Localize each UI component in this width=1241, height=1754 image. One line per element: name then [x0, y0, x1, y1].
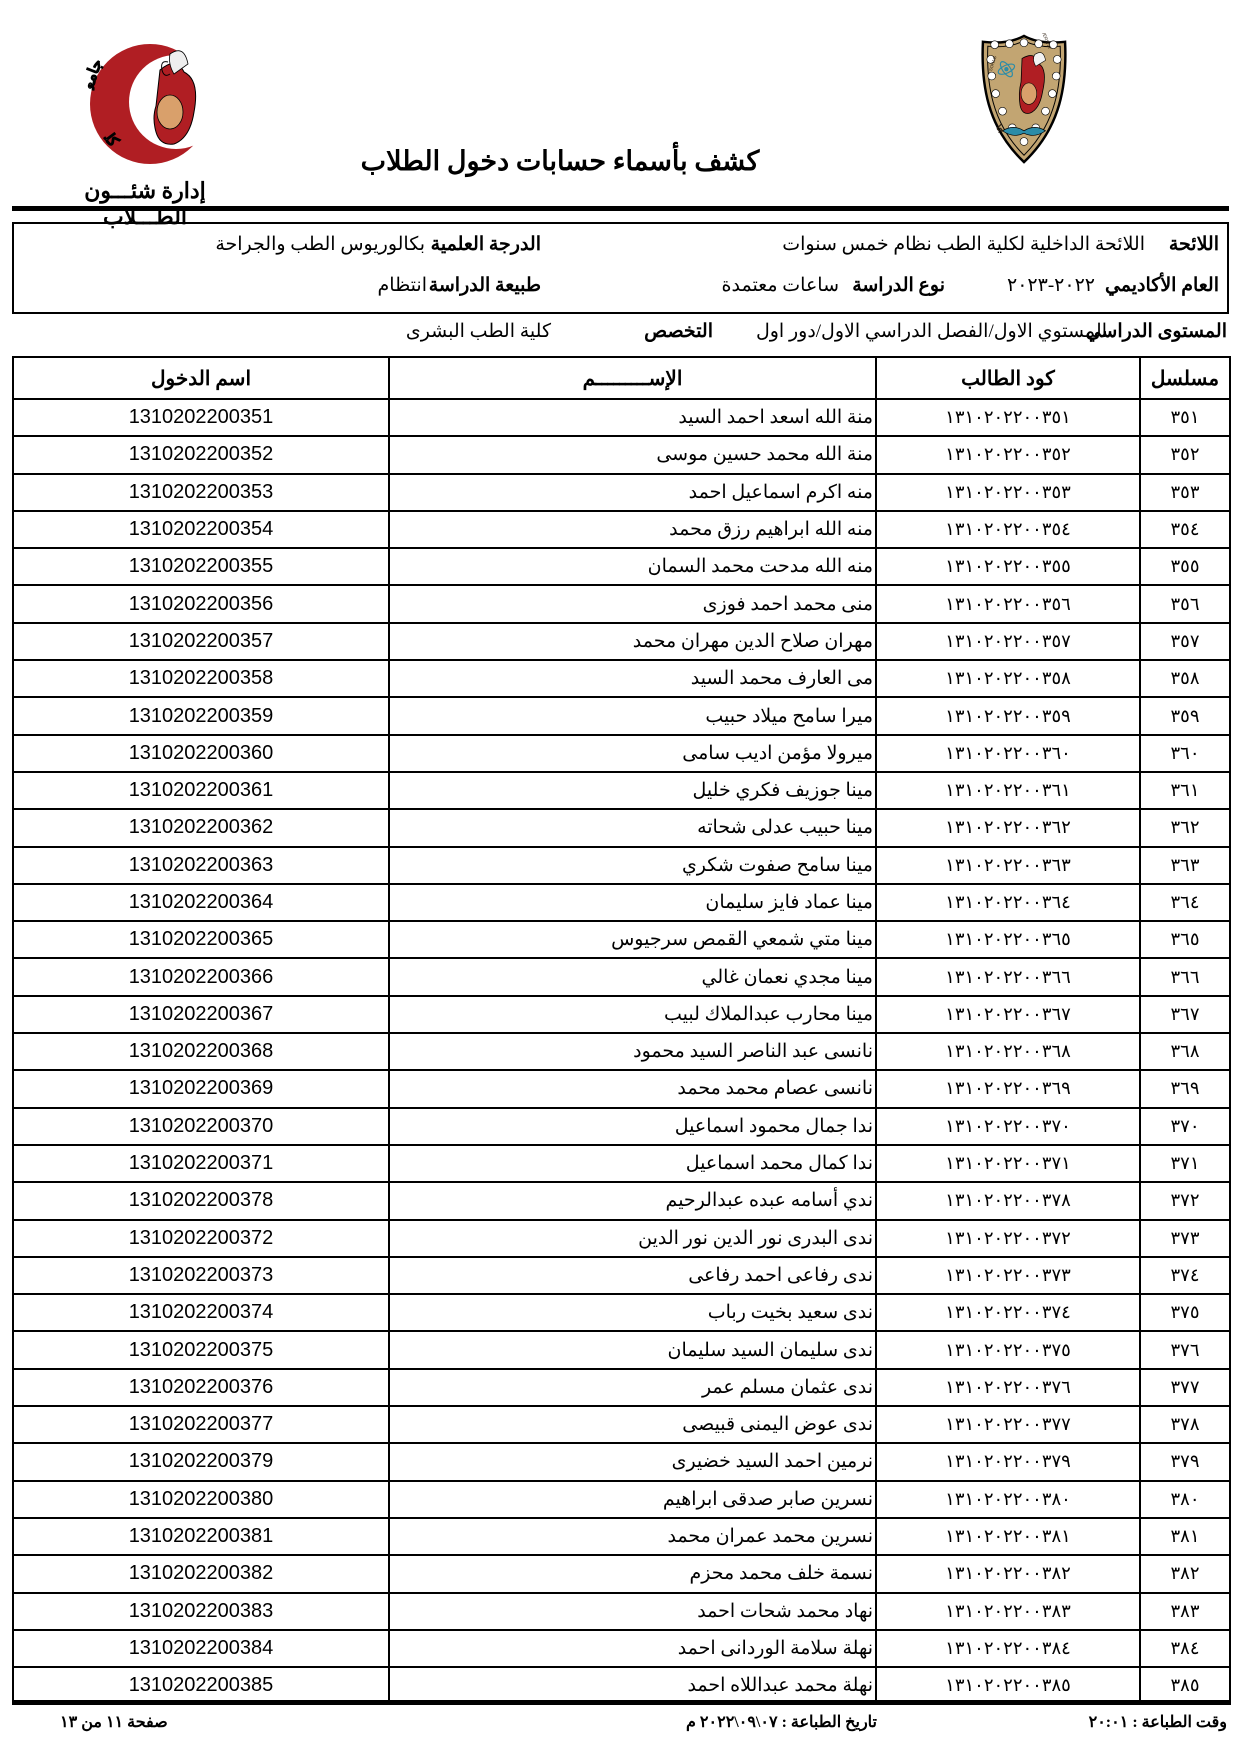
degree-label: الدرجة العلمية [431, 233, 541, 256]
name-cell: نانسى عبد الناصر السيد محمود [389, 1033, 876, 1070]
degree-value: بكالوريوس الطب والجراحة [215, 233, 425, 256]
code-cell: ١٣١٠٢٠٢٢٠٠٣٦٩ [876, 1070, 1140, 1107]
serial-cell: ٣٥٣ [1140, 474, 1230, 511]
specialty-label: التخصص [644, 320, 713, 343]
login-cell: 1310202200354 [13, 511, 389, 548]
document-page: جامعة سوهاج كلية الطب إدارة شئـــون الطـ… [0, 0, 1241, 1754]
serial-cell: ٣٨٣ [1140, 1593, 1230, 1630]
name-cell: نسرين محمد عمران محمد [389, 1518, 876, 1555]
serial-cell: ٣٧٥ [1140, 1294, 1230, 1331]
table-row: ٣٧٠١٣١٠٢٠٢٢٠٠٣٧٠ندا جمال محمود اسماعيل13… [13, 1108, 1230, 1145]
code-cell: ١٣١٠٢٠٢٢٠٠٣٧٩ [876, 1443, 1140, 1480]
code-cell: ١٣١٠٢٠٢٢٠٠٣٧٣ [876, 1257, 1140, 1294]
code-cell: ١٣١٠٢٠٢٢٠٠٣٥٢ [876, 436, 1140, 473]
serial-cell: ٣٥٦ [1140, 585, 1230, 622]
login-cell: 1310202200355 [13, 548, 389, 585]
serial-cell: ٣٧١ [1140, 1145, 1230, 1182]
table-row: ٣٦٠١٣١٠٢٠٢٢٠٠٣٦٠ميرولا مؤمن اديب سامى131… [13, 735, 1230, 772]
name-cell: ندى البدرى نور الدين نور الدين [389, 1220, 876, 1257]
table-row: ٣٥٣١٣١٠٢٠٢٢٠٠٣٥٣منه اكرم اسماعيل احمد131… [13, 474, 1230, 511]
code-cell: ١٣١٠٢٠٢٢٠٠٣٧٠ [876, 1108, 1140, 1145]
login-cell: 1310202200351 [13, 399, 389, 436]
code-cell: ١٣١٠٢٠٢٢٠٠٣٥٥ [876, 548, 1140, 585]
login-cell: 1310202200352 [13, 436, 389, 473]
login-cell: 1310202200359 [13, 697, 389, 734]
code-cell: ١٣١٠٢٠٢٢٠٠٣٨٠ [876, 1481, 1140, 1518]
code-cell: ١٣١٠٢٠٢٢٠٠٣٦٧ [876, 996, 1140, 1033]
name-cell: نهلة سلامة الوردانى احمد [389, 1630, 876, 1667]
print-date: تاريخ الطباعة : ٠٧\٠٩\٢٠٢٢ م [686, 1712, 877, 1732]
login-cell: 1310202200369 [13, 1070, 389, 1107]
serial-cell: ٣٥٧ [1140, 623, 1230, 660]
serial-cell: ٣٧٠ [1140, 1108, 1230, 1145]
print-date-label: تاريخ الطباعة : [782, 1714, 877, 1731]
login-cell: 1310202200383 [13, 1593, 389, 1630]
login-cell: 1310202200361 [13, 772, 389, 809]
university-shield-icon: جامعة سوهاج SOHAG UNIVERSITY [978, 33, 1070, 165]
name-cell: ندى عثمان مسلم عمر [389, 1369, 876, 1406]
regulation-label: اللائحة [1169, 233, 1219, 256]
serial-cell: ٣٥٨ [1140, 660, 1230, 697]
specialty-value: كلية الطب البشرى [406, 320, 551, 343]
code-cell: ١٣١٠٢٠٢٢٠٠٣٥٩ [876, 697, 1140, 734]
name-cell: نسرين صابر صدقى ابراهيم [389, 1481, 876, 1518]
code-cell: ١٣١٠٢٠٢٢٠٠٣٥١ [876, 399, 1140, 436]
page-title: كشف بأسماء حسابات دخول الطلاب [320, 146, 800, 177]
code-cell: ١٣١٠٢٠٢٢٠٠٣٧٥ [876, 1331, 1140, 1368]
study-type-value: ساعات معتمدة [722, 274, 839, 297]
serial-cell: ٣٥٥ [1140, 548, 1230, 585]
login-cell: 1310202200365 [13, 921, 389, 958]
login-cell: 1310202200375 [13, 1331, 389, 1368]
code-cell: ١٣١٠٢٠٢٢٠٠٣٨٢ [876, 1555, 1140, 1592]
login-cell: 1310202200385 [13, 1667, 389, 1704]
serial-cell: ٣٧٤ [1140, 1257, 1230, 1294]
code-cell: ١٣١٠٢٠٢٢٠٠٣٥٤ [876, 511, 1140, 548]
serial-cell: ٣٨١ [1140, 1518, 1230, 1555]
login-cell: 1310202200353 [13, 474, 389, 511]
name-cell: ندى سليمان السيد سليمان [389, 1331, 876, 1368]
table-row: ٣٥٥١٣١٠٢٠٢٢٠٠٣٥٥منه الله مدحت محمد السما… [13, 548, 1230, 585]
study-type-label: نوع الدراسة [852, 274, 945, 297]
name-cell: مينا مجدي نعمان غالي [389, 958, 876, 995]
name-cell: منه اكرم اسماعيل احمد [389, 474, 876, 511]
login-cell: 1310202200371 [13, 1145, 389, 1182]
serial-cell: ٣٥٢ [1140, 436, 1230, 473]
academic-year-value: ٢٠٢٢-٢٠٢٣ [1007, 274, 1095, 297]
serial-cell: ٣٧٧ [1140, 1369, 1230, 1406]
student-code-header: كود الطالب [876, 357, 1140, 399]
print-time-value: ٢٠:٠١ [1089, 1714, 1129, 1731]
table-row: ٣٦٨١٣١٠٢٠٢٢٠٠٣٦٨نانسى عبد الناصر السيد م… [13, 1033, 1230, 1070]
code-cell: ١٣١٠٢٠٢٢٠٠٣٦٦ [876, 958, 1140, 995]
login-cell: 1310202200363 [13, 847, 389, 884]
login-cell: 1310202200370 [13, 1108, 389, 1145]
code-cell: ١٣١٠٢٠٢٢٠٠٣٦٢ [876, 809, 1140, 846]
table-row: ٣٧٧١٣١٠٢٠٢٢٠٠٣٧٦ندى عثمان مسلم عمر131020… [13, 1369, 1230, 1406]
table-row: ٣٥٢١٣١٠٢٠٢٢٠٠٣٥٢منة الله محمد حسين موسى1… [13, 436, 1230, 473]
code-cell: ١٣١٠٢٠٢٢٠٠٣٥٣ [876, 474, 1140, 511]
login-cell: 1310202200366 [13, 958, 389, 995]
serial-cell: ٣٦٠ [1140, 735, 1230, 772]
name-cell: مينا محارب عبدالملاك لبيب [389, 996, 876, 1033]
serial-cell: ٣٦٤ [1140, 884, 1230, 921]
serial-cell: ٣٦٢ [1140, 809, 1230, 846]
name-cell: مينا سامح صفوت شكري [389, 847, 876, 884]
table-row: ٣٨٠١٣١٠٢٠٢٢٠٠٣٨٠نسرين صابر صدقى ابراهيم1… [13, 1481, 1230, 1518]
table-body: ٣٥١١٣١٠٢٠٢٢٠٠٣٥١منة الله اسعد احمد السيد… [13, 399, 1230, 1704]
name-cell: مهران صلاح الدين مهران محمد [389, 623, 876, 660]
login-cell: 1310202200364 [13, 884, 389, 921]
table-row: ٣٧٤١٣١٠٢٠٢٢٠٠٣٧٣ندى رفاعى احمد رفاعى1310… [13, 1257, 1230, 1294]
seal-pharaoh-face-icon [1021, 83, 1037, 105]
serial-cell: ٣٨٢ [1140, 1555, 1230, 1592]
login-cell: 1310202200368 [13, 1033, 389, 1070]
code-cell: ١٣١٠٢٠٢٢٠٠٣٥٦ [876, 585, 1140, 622]
name-cell: منه الله مدحت محمد السمان [389, 548, 876, 585]
study-nature-value: انتظام [378, 274, 427, 297]
table-row: ٣٦٥١٣١٠٢٠٢٢٠٠٣٦٥مينا متي شمعي القمص سرجي… [13, 921, 1230, 958]
table-row: ٣٧٩١٣١٠٢٠٢٢٠٠٣٧٩نرمين احمد السيد خضيرى13… [13, 1443, 1230, 1480]
login-cell: 1310202200377 [13, 1406, 389, 1443]
name-cell: نسمة خلف محمد محزم [389, 1555, 876, 1592]
serial-header: مسلسل [1140, 357, 1230, 399]
serial-cell: ٣٨٤ [1140, 1630, 1230, 1667]
header-divider-rule [12, 206, 1229, 211]
table-row: ٣٨٣١٣١٠٢٠٢٢٠٠٣٨٣نهاد محمد شحات احمد13102… [13, 1593, 1230, 1630]
name-cell: ندا جمال محمود اسماعيل [389, 1108, 876, 1145]
name-cell: منة الله اسعد احمد السيد [389, 399, 876, 436]
name-cell: ميرا سامح ميلاد حبيب [389, 697, 876, 734]
level-row: المستوى الدراسي المستوي الاول/الفصل الدر… [12, 320, 1229, 352]
regulation-value: اللائحة الداخلية لكلية الطب نظام خمس سنو… [782, 233, 1145, 256]
name-cell: نرمين احمد السيد خضيرى [389, 1443, 876, 1480]
code-cell: ١٣١٠٢٠٢٢٠٠٣٧٢ [876, 1220, 1140, 1257]
login-cell: 1310202200356 [13, 585, 389, 622]
code-cell: ١٣١٠٢٠٢٢٠٠٣٦١ [876, 772, 1140, 809]
login-cell: 1310202200372 [13, 1220, 389, 1257]
table-row: ٣٥٨١٣١٠٢٠٢٢٠٠٣٥٨مى العارف محمد السيد1310… [13, 660, 1230, 697]
login-cell: 1310202200376 [13, 1369, 389, 1406]
table-row: ٣٦٧١٣١٠٢٠٢٢٠٠٣٦٧مينا محارب عبدالملاك لبي… [13, 996, 1230, 1033]
login-name-header: اسم الدخول [13, 357, 389, 399]
table-row: ٣٨١١٣١٠٢٠٢٢٠٠٣٨١نسرين محمد عمران محمد131… [13, 1518, 1230, 1555]
code-cell: ١٣١٠٢٠٢٢٠٠٣٦٥ [876, 921, 1140, 958]
login-cell: 1310202200357 [13, 623, 389, 660]
footer-divider-rule [12, 1700, 1229, 1704]
name-cell: ندى سعيد بخيت رباب [389, 1294, 876, 1331]
code-cell: ١٣١٠٢٠٢٢٠٠٣٨٤ [876, 1630, 1140, 1667]
login-cell: 1310202200358 [13, 660, 389, 697]
serial-cell: ٣٦٥ [1140, 921, 1230, 958]
table-row: ٣٧٦١٣١٠٢٠٢٢٠٠٣٧٥ندى سليمان السيد سليمان1… [13, 1331, 1230, 1368]
footer: وقت الطباعة : ٢٠:٠١ تاريخ الطباعة : ٠٧\٠… [12, 1712, 1229, 1748]
students-table: مسلسل كود الطالب الإســـــــــم اسم الدخ… [12, 356, 1231, 1705]
code-cell: ١٣١٠٢٠٢٢٠٠٣٨٣ [876, 1593, 1140, 1630]
table-row: ٣٥٩١٣١٠٢٠٢٢٠٠٣٥٩ميرا سامح ميلاد حبيب1310… [13, 697, 1230, 734]
serial-cell: ٣٥١ [1140, 399, 1230, 436]
login-cell: 1310202200362 [13, 809, 389, 846]
code-cell: ١٣١٠٢٠٢٢٠٠٣٧١ [876, 1145, 1140, 1182]
code-cell: ١٣١٠٢٠٢٢٠٠٣٧٤ [876, 1294, 1140, 1331]
serial-cell: ٣٨٠ [1140, 1481, 1230, 1518]
code-cell: ١٣١٠٢٠٢٢٠٠٣٦٣ [876, 847, 1140, 884]
study-nature-label: طبيعة الدراسة [429, 274, 541, 297]
code-cell: ١٣١٠٢٠٢٢٠٠٣٨٥ [876, 1667, 1140, 1704]
table-row: ٣٦٣١٣١٠٢٠٢٢٠٠٣٦٣مينا سامح صفوت شكري13102… [13, 847, 1230, 884]
table-row: ٣٦٩١٣١٠٢٠٢٢٠٠٣٦٩نانسى عصام محمد محمد1310… [13, 1070, 1230, 1107]
serial-cell: ٣٦٣ [1140, 847, 1230, 884]
table-row: ٣٦٢١٣١٠٢٠٢٢٠٠٣٦٢مينا حبيب عدلى شحاته1310… [13, 809, 1230, 846]
crescent-logo-icon: جامعة سوهاج كلية الطب [78, 18, 238, 178]
table-header-row: مسلسل كود الطالب الإســـــــــم اسم الدخ… [13, 357, 1230, 399]
name-cell: ندى رفاعى احمد رفاعى [389, 1257, 876, 1294]
table-row: ٣٥٤١٣١٠٢٠٢٢٠٠٣٥٤منه الله ابراهيم رزق محم… [13, 511, 1230, 548]
pharaoh-face-icon [157, 95, 183, 129]
login-cell: 1310202200382 [13, 1555, 389, 1592]
info-box: اللائحة اللائحة الداخلية لكلية الطب نظام… [12, 222, 1229, 314]
name-cell: منة الله محمد حسين موسى [389, 436, 876, 473]
table-row: ٣٧١١٣١٠٢٠٢٢٠٠٣٧١ندا كمال محمد اسماعيل131… [13, 1145, 1230, 1182]
serial-cell: ٣٦٧ [1140, 996, 1230, 1033]
code-cell: ١٣١٠٢٠٢٢٠٠٣٥٧ [876, 623, 1140, 660]
code-cell: ١٣١٠٢٠٢٢٠٠٣٧٨ [876, 1182, 1140, 1219]
table-row: ٣٧٨١٣١٠٢٠٢٢٠٠٣٧٧ندى عوض اليمنى قبيصى1310… [13, 1406, 1230, 1443]
login-cell: 1310202200360 [13, 735, 389, 772]
academic-year-label: العام الأكاديمي [1105, 274, 1219, 297]
table-row: ٣٦٤١٣١٠٢٠٢٢٠٠٣٦٤مينا عماد فايز سليمان131… [13, 884, 1230, 921]
table-row: ٣٧٢١٣١٠٢٠٢٢٠٠٣٧٨ندي أسامه عبده عبدالرحيم… [13, 1182, 1230, 1219]
table-row: ٣٧٣١٣١٠٢٠٢٢٠٠٣٧٢ندى البدرى نور الدين نور… [13, 1220, 1230, 1257]
name-cell: مينا حبيب عدلى شحاته [389, 809, 876, 846]
name-cell: ندى عوض اليمنى قبيصى [389, 1406, 876, 1443]
code-cell: ١٣١٠٢٠٢٢٠٠٣٦٠ [876, 735, 1140, 772]
table-row: ٣٥٦١٣١٠٢٠٢٢٠٠٣٥٦منى محمد احمد فوزى131020… [13, 585, 1230, 622]
code-cell: ١٣١٠٢٠٢٢٠٠٣٧٧ [876, 1406, 1140, 1443]
name-cell: نانسى عصام محمد محمد [389, 1070, 876, 1107]
serial-cell: ٣٥٩ [1140, 697, 1230, 734]
print-date-suffix: م [686, 1714, 696, 1731]
serial-cell: ٣٧٣ [1140, 1220, 1230, 1257]
code-cell: ١٣١٠٢٠٢٢٠٠٣٥٨ [876, 660, 1140, 697]
login-cell: 1310202200379 [13, 1443, 389, 1480]
serial-cell: ٣٦١ [1140, 772, 1230, 809]
page-number: صفحة ١١ من ١٣ [60, 1712, 168, 1732]
table-row: ٣٦١١٣١٠٢٠٢٢٠٠٣٦١مينا جوزيف فكري خليل1310… [13, 772, 1230, 809]
serial-cell: ٣٧٨ [1140, 1406, 1230, 1443]
login-cell: 1310202200384 [13, 1630, 389, 1667]
faculty-crest-logo: جامعة سوهاج كلية الطب [78, 18, 238, 178]
name-cell: مينا جوزيف فكري خليل [389, 772, 876, 809]
code-cell: ١٣١٠٢٠٢٢٠٠٣٨١ [876, 1518, 1140, 1555]
code-cell: ١٣١٠٢٠٢٢٠٠٣٦٨ [876, 1033, 1140, 1070]
name-cell: ميرولا مؤمن اديب سامى [389, 735, 876, 772]
name-cell: منى محمد احمد فوزى [389, 585, 876, 622]
login-cell: 1310202200381 [13, 1518, 389, 1555]
level-value: المستوي الاول/الفصل الدراسي الاول/دور او… [756, 320, 1107, 343]
login-cell: 1310202200373 [13, 1257, 389, 1294]
print-time: وقت الطباعة : ٢٠:٠١ [1089, 1712, 1227, 1732]
table-row: ٣٥١١٣١٠٢٠٢٢٠٠٣٥١منة الله اسعد احمد السيد… [13, 399, 1230, 436]
name-cell: نهاد محمد شحات احمد [389, 1593, 876, 1630]
code-cell: ١٣١٠٢٠٢٢٠٠٣٧٦ [876, 1369, 1140, 1406]
serial-cell: ٣٥٤ [1140, 511, 1230, 548]
table-row: ٣٨٥١٣١٠٢٠٢٢٠٠٣٨٥نهلة محمد عبداللاه احمد1… [13, 1667, 1230, 1704]
table-row: ٣٨٢١٣١٠٢٠٢٢٠٠٣٨٢نسمة خلف محمد محزم131020… [13, 1555, 1230, 1592]
serial-cell: ٣٨٥ [1140, 1667, 1230, 1704]
serial-cell: ٣٧٩ [1140, 1443, 1230, 1480]
name-header: الإســـــــــم [389, 357, 876, 399]
login-cell: 1310202200378 [13, 1182, 389, 1219]
login-cell: 1310202200367 [13, 996, 389, 1033]
serial-cell: ٣٦٦ [1140, 958, 1230, 995]
table-row: ٣٥٧١٣١٠٢٠٢٢٠٠٣٥٧مهران صلاح الدين مهران م… [13, 623, 1230, 660]
name-cell: مينا عماد فايز سليمان [389, 884, 876, 921]
name-cell: نهلة محمد عبداللاه احمد [389, 1667, 876, 1704]
name-cell: مى العارف محمد السيد [389, 660, 876, 697]
name-cell: ندا كمال محمد اسماعيل [389, 1145, 876, 1182]
table-row: ٣٧٥١٣١٠٢٠٢٢٠٠٣٧٤ندى سعيد بخيت رباب131020… [13, 1294, 1230, 1331]
university-seal-logo: جامعة سوهاج SOHAG UNIVERSITY [978, 33, 1070, 165]
name-cell: مينا متي شمعي القمص سرجيوس [389, 921, 876, 958]
table-row: ٣٨٤١٣١٠٢٠٢٢٠٠٣٨٤نهلة سلامة الوردانى احمد… [13, 1630, 1230, 1667]
print-date-value: ٠٧\٠٩\٢٠٢٢ [700, 1714, 778, 1731]
serial-cell: ٣٦٩ [1140, 1070, 1230, 1107]
table-row: ٣٦٦١٣١٠٢٠٢٢٠٠٣٦٦مينا مجدي نعمان غالي1310… [13, 958, 1230, 995]
print-time-label: وقت الطباعة : [1132, 1714, 1227, 1731]
serial-cell: ٣٧٦ [1140, 1331, 1230, 1368]
serial-cell: ٣٦٨ [1140, 1033, 1230, 1070]
login-cell: 1310202200380 [13, 1481, 389, 1518]
name-cell: ندي أسامه عبده عبدالرحيم [389, 1182, 876, 1219]
login-cell: 1310202200374 [13, 1294, 389, 1331]
code-cell: ١٣١٠٢٠٢٢٠٠٣٦٤ [876, 884, 1140, 921]
name-cell: منه الله ابراهيم رزق محمد [389, 511, 876, 548]
serial-cell: ٣٧٢ [1140, 1182, 1230, 1219]
